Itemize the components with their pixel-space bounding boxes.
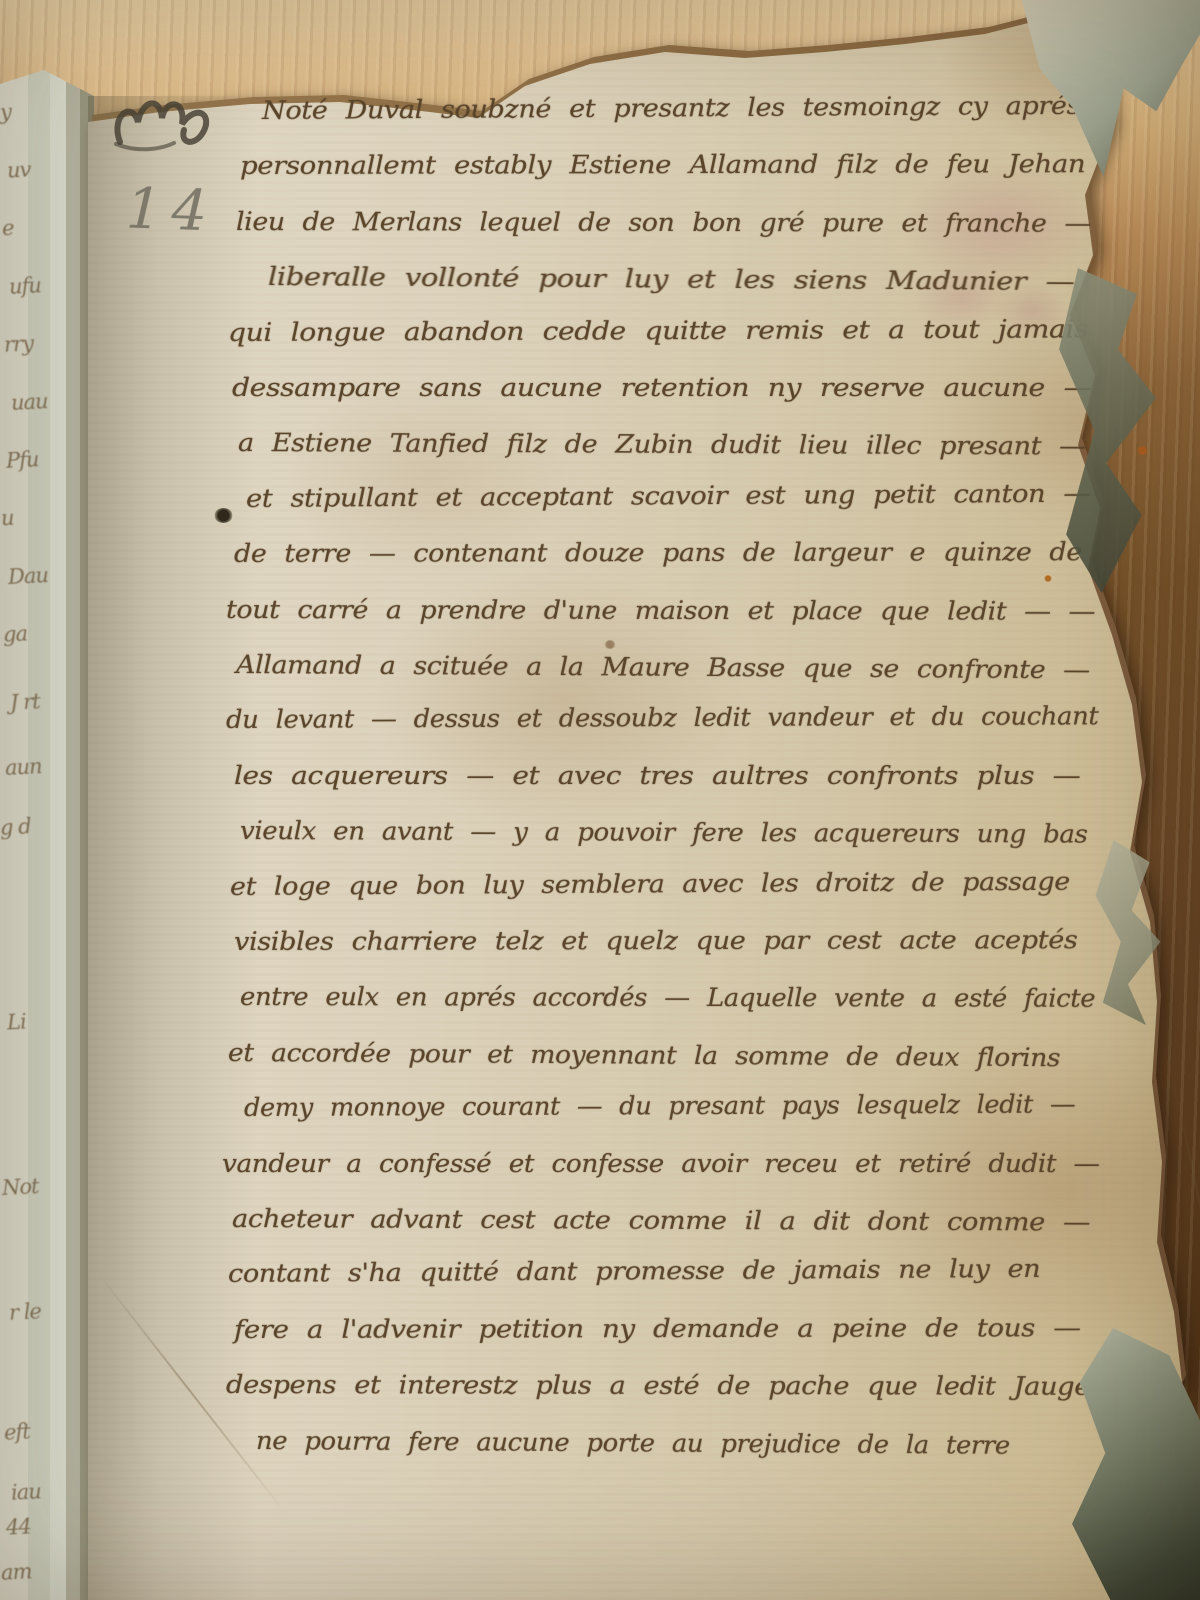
manuscript-line: et stipullant et acceptant scavoir est u… (246, 478, 1090, 512)
manuscript-line: tout carré a prendre d'une maison et pla… (226, 595, 1095, 626)
manuscript-line: qui longue abandon cedde quitte remis et… (228, 314, 1088, 347)
manuscript-line: ne pourra fere aucune porte au prejudice… (256, 1426, 1010, 1460)
manuscript-text-block: Noté Duval soubzné et presantz les tesmo… (0, 0, 1200, 1600)
manuscript-line: les acquereurs — et avec tres aultres co… (234, 761, 1080, 790)
manuscript-line: fere a l'advenir petition ny demande a p… (234, 1313, 1081, 1344)
manuscript-line: du levant — dessus et dessoubz ledit van… (226, 702, 1098, 735)
manuscript-line: dessampare sans aucune retention ny rese… (232, 373, 1091, 402)
manuscript-line: entre eulx en aprés accordés — Laquelle … (240, 982, 1095, 1013)
manuscript-line: contant s'ha quitté dant promesse de jam… (228, 1254, 1040, 1288)
manuscript-line: Noté Duval soubzné et presantz les tesmo… (262, 91, 1080, 125)
manuscript-line: demy monnoye courant — du presant pays l… (244, 1090, 1075, 1122)
manuscript-line: visibles charriere telz et quelz que par… (234, 925, 1078, 956)
manuscript-line: vieulx en avant — y a pouvoir fere les a… (240, 816, 1088, 849)
manuscript-line: a Estiene Tanfied filz de Zubin dudit li… (238, 428, 1086, 461)
manuscript-line: vandeur a confessé et confesse avoir rec… (222, 1149, 1099, 1178)
rust-spot (1044, 575, 1052, 582)
manuscript-line: et accordée pour et moyennant la somme d… (228, 1038, 1060, 1072)
manuscript-line: acheteur advant cest acte comme il a dit… (232, 1204, 1090, 1237)
manuscript-photo: yuveufurryuauPfuuDaugaJ rtaung dLiNotr l… (0, 0, 1200, 1600)
manuscript-line: lieu de Merlans lequel de son bon gré pu… (236, 207, 1091, 238)
manuscript-line: personnallemt estably Estiene Allamand f… (240, 150, 1085, 181)
manuscript-line: despens et interestz plus a esté de pach… (226, 1370, 1105, 1401)
manuscript-line: de terre — contenant douze pans de large… (234, 537, 1082, 568)
manuscript-line: liberalle vollonté pour luy et les siens… (268, 262, 1075, 296)
manuscript-line: et loge que bon luy semblera avec les dr… (230, 866, 1070, 900)
rust-spot (1137, 446, 1148, 455)
ink-blot (604, 640, 616, 649)
manuscript-line: Allamand a scituée a la Maure Basse que … (236, 650, 1090, 684)
ink-blot (214, 508, 233, 523)
